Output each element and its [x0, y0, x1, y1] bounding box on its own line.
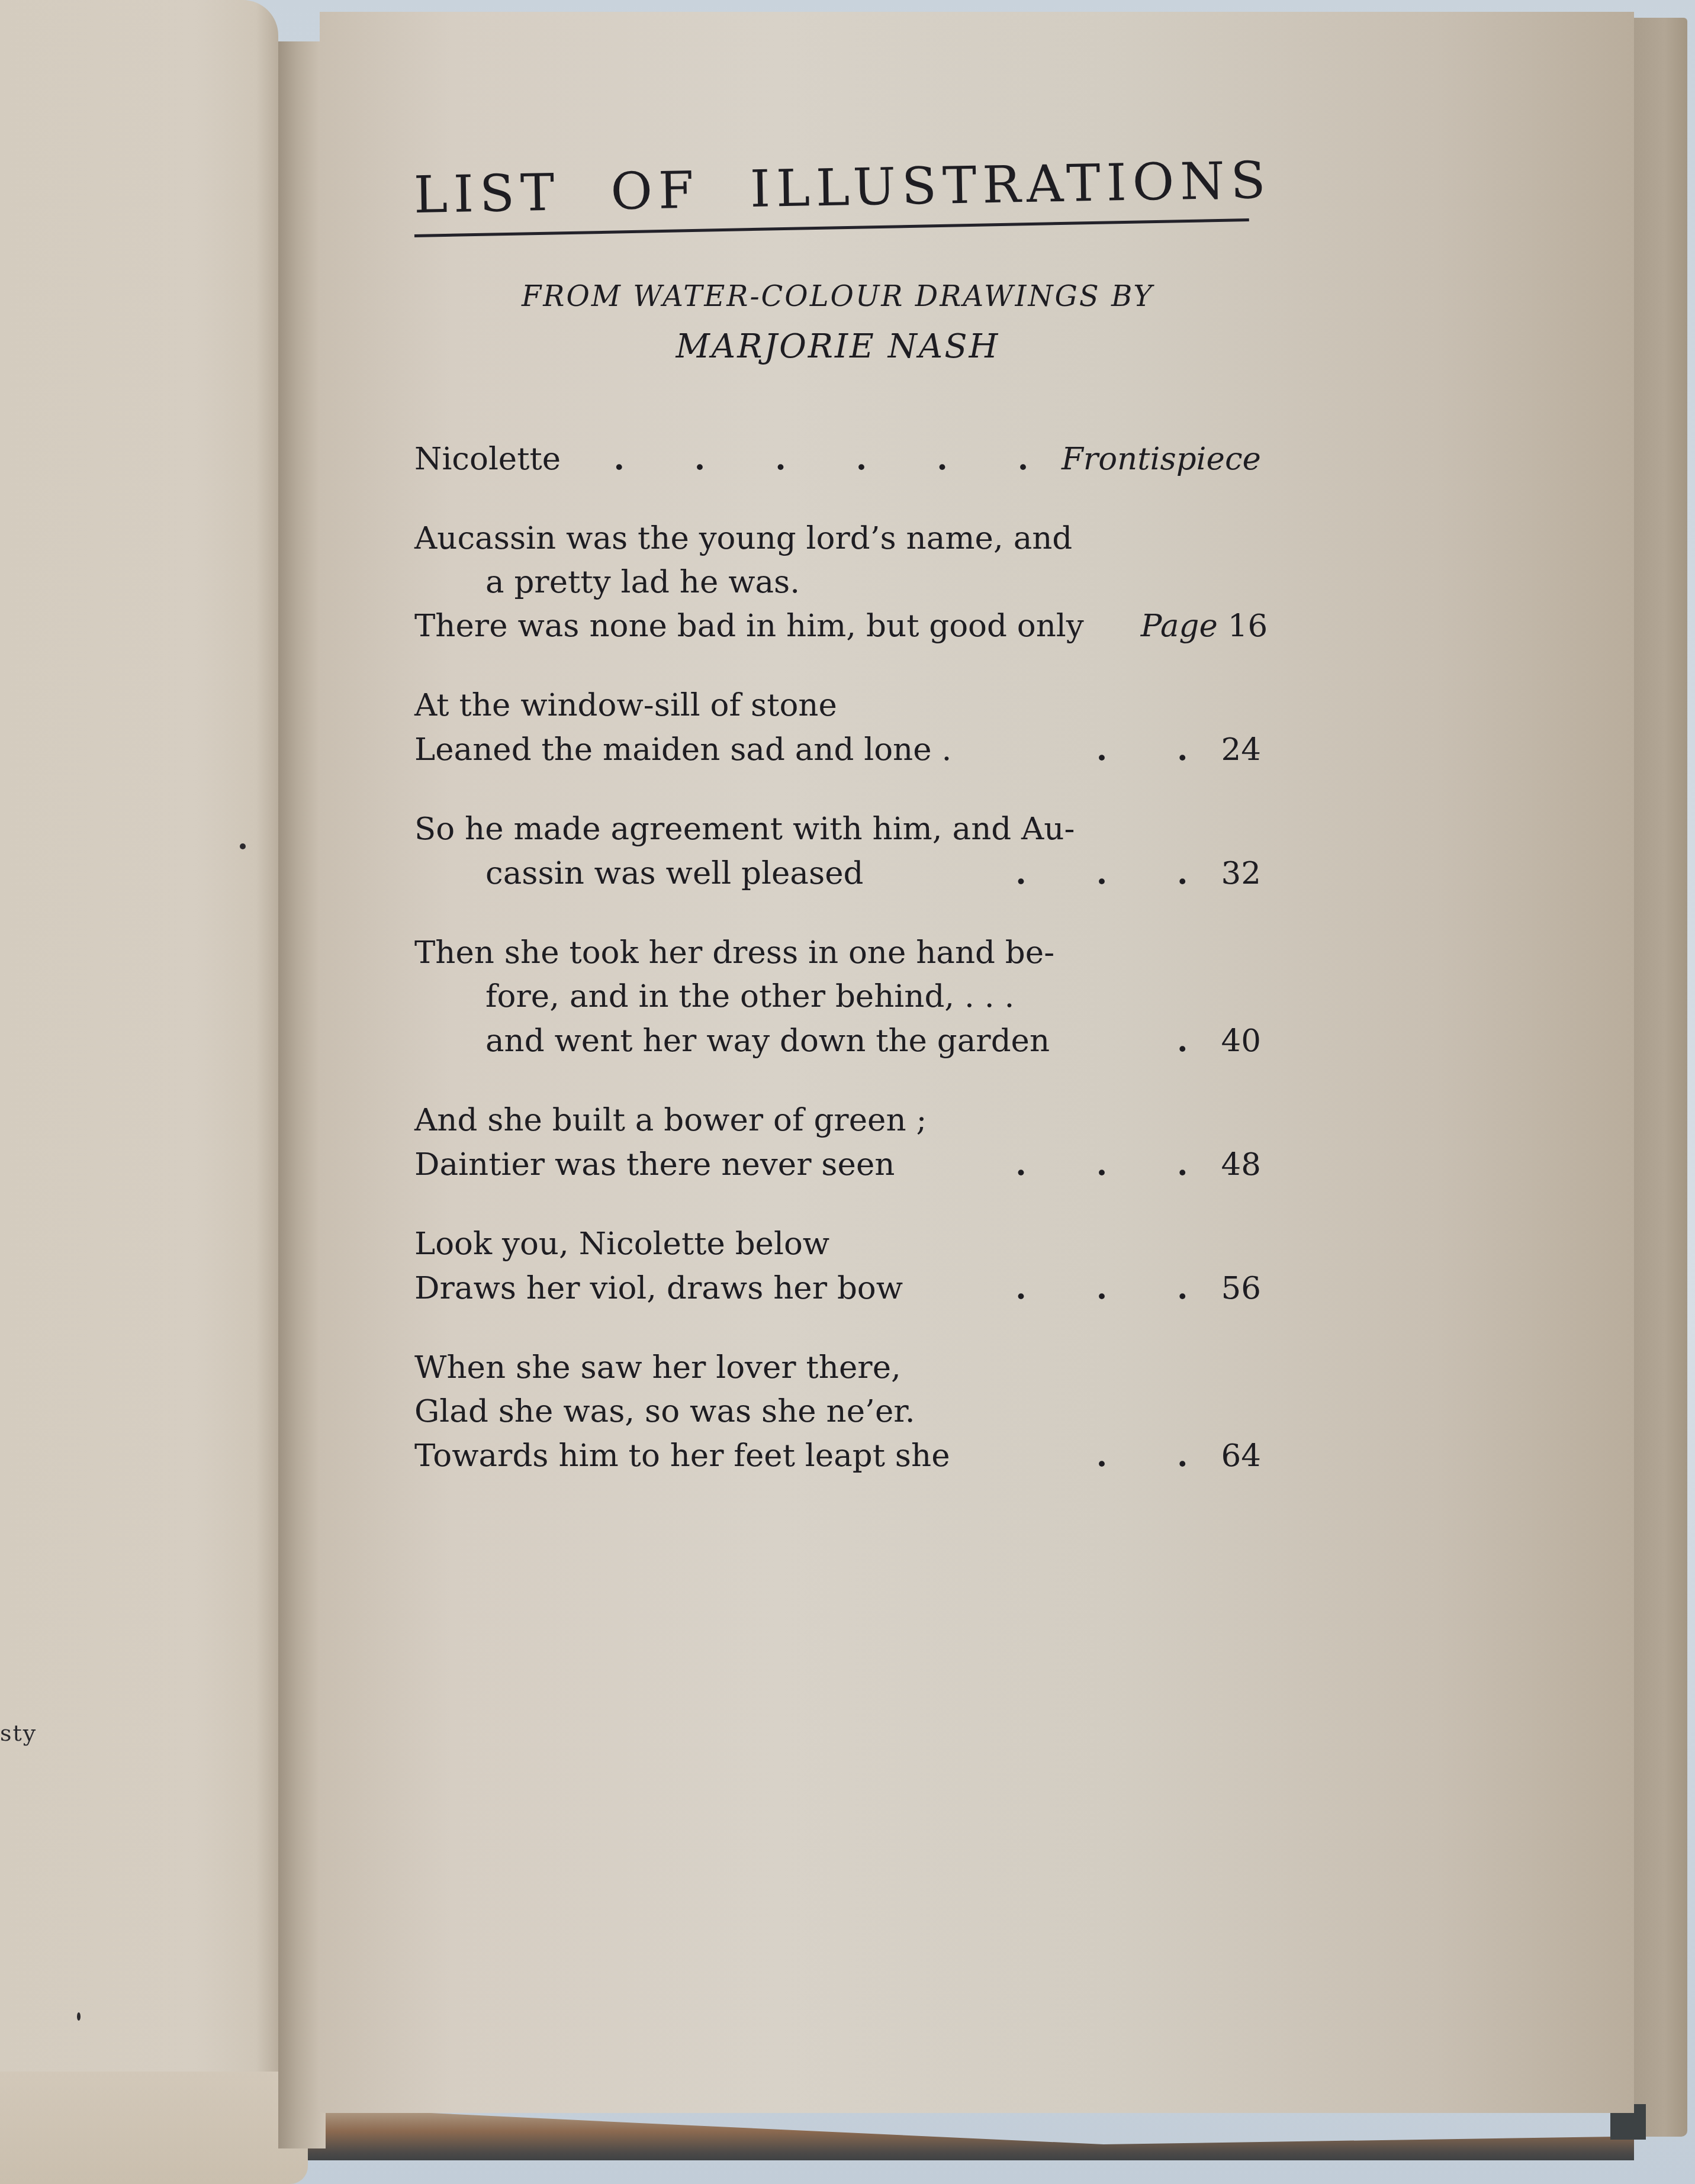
entry-caption-line: Leaned the maiden sad and lone ...24	[414, 727, 1261, 772]
leader-dot: .	[1177, 1142, 1188, 1186]
entry-caption-line: And she built a bower of green ;	[414, 1099, 1261, 1142]
leader-dot: .	[1096, 727, 1107, 771]
caption-text: cassin was well pleased	[414, 852, 863, 895]
entry-caption-line: Aucassin was the young lord’s name, and	[414, 517, 1261, 561]
caption-text: When she saw her lover there,	[414, 1349, 901, 1386]
caption-text: So he made agreement with him, and Au-	[414, 811, 1075, 847]
leader-dot: .	[1018, 437, 1028, 481]
dot-leader: ...	[863, 851, 1221, 895]
page-value: 32	[1221, 855, 1261, 891]
illustration-entry: At the window-sill of stoneLeaned the ma…	[414, 684, 1261, 772]
left-page-bottom	[0, 2072, 308, 2184]
caption-text: and went her way down the garden	[414, 1019, 1050, 1063]
leader-dot: .	[1096, 1266, 1107, 1310]
leader-dot: .	[1177, 727, 1188, 771]
leader-dot: .	[1177, 1434, 1188, 1477]
dot-leader: ..	[951, 727, 1221, 771]
leader-dot: .	[1096, 1142, 1107, 1186]
leader-dot: .	[775, 437, 786, 481]
page-value: 40	[1221, 1023, 1261, 1059]
entry-caption-line: Glad she was, so was she ne’er.	[414, 1390, 1261, 1434]
page-value: 24	[1221, 732, 1261, 768]
caption-text: a pretty lad he was.	[414, 564, 800, 600]
leader-dot: .	[856, 437, 867, 481]
page-number: 40	[1221, 1019, 1261, 1063]
dot-leader: ...	[903, 1266, 1221, 1310]
entry-caption-line: There was none bad in him, but good only…	[414, 604, 1261, 648]
entry-caption-line: cassin was well pleased...32	[414, 851, 1261, 895]
ink-speck	[77, 2012, 81, 2021]
ink-speck	[240, 843, 246, 849]
caption-text: fore, and in the other behind, . . .	[414, 978, 1014, 1014]
caption-text: Draws her viol, draws her bow	[414, 1267, 903, 1310]
page-prefix: Page	[1141, 608, 1228, 644]
entry-caption-line: Towards him to her feet leapt she..64	[414, 1434, 1261, 1478]
leader-dot: .	[694, 437, 705, 481]
subtitle: FROM WATER-COLOUR DRAWINGS BY	[414, 280, 1261, 313]
entry-caption-line: a pretty lad he was.	[414, 561, 1261, 604]
entry-caption-line: Look you, Nicolette below	[414, 1222, 1261, 1266]
illustration-entries: Nicolette......FrontispieceAucassin was …	[414, 437, 1261, 1478]
page-value: 56	[1221, 1270, 1261, 1306]
leader-dot: .	[613, 437, 624, 481]
caption-text: At the window-sill of stone	[414, 687, 837, 723]
page-number: 32	[1221, 852, 1261, 895]
caption-text: And she built a bower of green ;	[414, 1102, 927, 1138]
illustration-entry: Look you, Nicolette belowDraws her viol,…	[414, 1222, 1261, 1310]
dot-leader: .	[1050, 1019, 1221, 1062]
caption-text: Aucassin was the young lord’s name, and	[414, 520, 1072, 556]
dot-leader: ...	[895, 1142, 1221, 1186]
caption-text: Then she took her dress in one hand be-	[414, 935, 1054, 971]
illustration-entry: Nicolette......Frontispiece	[414, 437, 1261, 481]
page-value: 48	[1221, 1146, 1261, 1183]
illustration-entry: And she built a bower of green ;Daintier…	[414, 1099, 1261, 1187]
spine-gutter	[278, 41, 326, 2148]
caption-text: Leaned the maiden sad and lone .	[414, 728, 951, 772]
page-number: 56	[1221, 1267, 1261, 1310]
leader-dot: .	[1096, 1434, 1107, 1477]
left-page	[0, 0, 278, 2160]
page-number: Page 16	[1141, 604, 1261, 648]
caption-text: Daintier was there never seen	[414, 1143, 895, 1187]
leader-dot: .	[1177, 1266, 1188, 1310]
leader-dot: .	[1096, 851, 1107, 895]
leader-dot: .	[937, 437, 947, 481]
entry-caption-line: Draws her viol, draws her bow...56	[414, 1266, 1261, 1310]
dot-leader: ..	[950, 1434, 1221, 1477]
leader-dot: .	[1015, 1142, 1026, 1186]
bottom-page-edge	[308, 2107, 1634, 2160]
page-title: LIST OF ILLUSTRATIONS	[413, 151, 1261, 232]
leader-dot: .	[1177, 1019, 1188, 1062]
entry-caption-line: When she saw her lover there,	[414, 1346, 1261, 1390]
dot-leader: ......	[561, 437, 1062, 481]
page-number: 48	[1221, 1143, 1261, 1187]
page-number: 24	[1221, 728, 1261, 772]
illustration-entry: So he made agreement with him, and Au-ca…	[414, 807, 1261, 895]
caption-text: Glad she was, so was she ne’er.	[414, 1393, 915, 1429]
leader-dot: .	[1177, 851, 1188, 895]
entry-caption-line: At the window-sill of stone	[414, 684, 1261, 727]
entry-caption-line: So he made agreement with him, and Au-	[414, 807, 1261, 851]
caption-text: There was none bad in him, but good only	[414, 604, 1084, 648]
entry-caption-line: Nicolette......Frontispiece	[414, 437, 1261, 481]
entry-caption-line: Then she took her dress in one hand be-	[414, 931, 1261, 975]
illustration-entry: Aucassin was the young lord’s name, anda…	[414, 517, 1261, 648]
page-number: 64	[1221, 1434, 1261, 1478]
list-of-illustrations: LIST OF ILLUSTRATIONS FROM WATER-COLOUR …	[414, 166, 1261, 1513]
right-page-edge	[1631, 18, 1687, 2137]
left-page-fragment-text: sty	[0, 1720, 37, 1746]
leader-dot: .	[1015, 1266, 1026, 1310]
caption-text: Look you, Nicolette below	[414, 1226, 829, 1262]
leader-dot: .	[1015, 851, 1026, 895]
entry-caption-line: fore, and in the other behind, . . .	[414, 975, 1261, 1019]
illustration-entry: Then she took her dress in one hand be-f…	[414, 931, 1261, 1063]
page-value: Frontispiece	[1062, 441, 1261, 477]
caption-text: Nicolette	[414, 437, 561, 481]
entry-caption-line: and went her way down the garden.40	[414, 1019, 1261, 1063]
page-number: Frontispiece	[1062, 437, 1261, 481]
page-value: 16	[1228, 608, 1268, 644]
caption-text: Towards him to her feet leapt she	[414, 1434, 950, 1478]
illustration-entry: When she saw her lover there,Glad she wa…	[414, 1346, 1261, 1478]
artist-name: MARJORIE NASH	[414, 327, 1261, 366]
page-value: 64	[1221, 1438, 1261, 1474]
entry-caption-line: Daintier was there never seen...48	[414, 1142, 1261, 1187]
